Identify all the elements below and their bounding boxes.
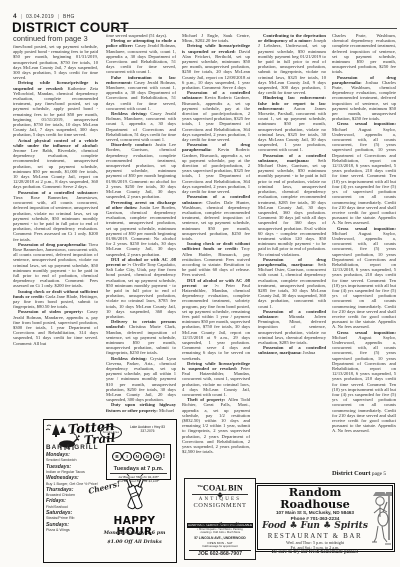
buy-sell-trade: BuySellTrade: [185, 511, 255, 522]
continuation-page: page 5: [372, 471, 386, 477]
folio: 4 | 03.04.2019 | BHG: [13, 13, 75, 20]
court-entry: Driving while license/privilege is suspe…: [182, 43, 250, 90]
court-entry: Possession of a controlled substance: Mi…: [258, 309, 326, 345]
court-entry: DUI of alcohol or with AC .08 percent or…: [106, 257, 176, 319]
court-entry: Possession of a controlled substance, ma…: [258, 153, 326, 257]
headline-rule: [118, 28, 397, 29]
court-entry: Gross sexual imposition: Michael August …: [332, 226, 396, 330]
court-entry: Reckless driving: Crystal Lynn Cievena, …: [106, 356, 176, 403]
court-entry: Possession of a controlled substance: Ti…: [13, 190, 98, 242]
consignment-label: CONSIGNMENT: [185, 502, 255, 509]
smoke-free-badge: Smoke Free: [100, 426, 122, 439]
bar-and-grill-label: BAR & GRILL: [46, 444, 99, 451]
court-entry: Gross sexual imposition: Michael August …: [332, 121, 396, 225]
court-entry: Issuing check or draft without sufficien…: [13, 289, 98, 310]
court-entry: Possession of a controlled substance: Ke…: [182, 90, 250, 142]
special-desc: Smoked Sandwich: [46, 458, 103, 462]
court-entry: Preventing arrest on discharge of other …: [106, 200, 176, 257]
court-entry: Possession of drug paraphernalia: Tiera …: [13, 242, 98, 289]
coal-bin-note: Call/message for appointment: [185, 545, 255, 549]
daily-special: Fridays:Fish/Seafood: [46, 499, 103, 508]
court-entry: Gross sexual imposition: Michael August …: [332, 330, 396, 434]
court-entry: fines/bond posted, set up payment schedu…: [13, 44, 98, 80]
bingo-letter: O: [153, 452, 162, 461]
roadhouse-mascot-art: [369, 488, 393, 546]
totten-contact: Lake Audubon • Hwy 83 337-2076: [120, 425, 175, 433]
special-desc: Indian or Regular Tacos: [46, 470, 103, 474]
court-entry: Driving while license/privilege is suspe…: [13, 80, 98, 137]
roadhouse-pizza-line: Be sure to try our fresh homemade pizzas…: [258, 550, 372, 556]
court-entry: Possession of drug paraphernalia: Joshua…: [332, 75, 396, 122]
court-entry: Possession of drug paraphernalia: Kevin …: [182, 142, 250, 194]
bingo-letter: I: [122, 452, 131, 461]
crossed-bottles-art: [118, 473, 152, 515]
continuation-title: District Court: [332, 470, 371, 477]
bingo-exclamation: !: [163, 453, 165, 460]
ad-totten-trail: Totten Trail Smoke Free Lake Audubon • H…: [43, 419, 177, 563]
continued-note: continued from page 3: [13, 34, 88, 43]
court-entry: Driving while license/privilege is suspe…: [182, 361, 250, 397]
roadhouse-text: Random Roadhouse 107 Main St S, McClusky…: [258, 486, 372, 556]
coal-bin-title: TheCOAL BIN: [185, 482, 255, 493]
court-entry: Duty upon striking highway fixtures or o…: [106, 402, 176, 412]
court-entry: Reckless driving: Casey Jerald Bolman, M…: [106, 111, 176, 142]
court-entry: Possession of a controlled substance, ma…: [258, 345, 326, 355]
coal-bin-name: COAL BIN: [203, 484, 243, 493]
court-entry: Possession of a controlled substance: Ch…: [182, 194, 250, 241]
bingo-letter: G: [143, 452, 152, 461]
bingo-letter: N: [133, 452, 142, 461]
newspaper-page: 4 | 03.04.2019 | BHG DISTRICT COURT cont…: [0, 0, 400, 567]
bingo-word: BINGO!: [107, 447, 170, 465]
court-entry: Theft of property: Allen Todd Richter, G…: [182, 397, 250, 454]
court-column-4: Contributing to the deprivation or delin…: [258, 33, 326, 480]
totten-phone: 337-2076: [120, 429, 175, 433]
court-entry: Fleeing or attempting to elude a police …: [106, 38, 176, 74]
roadhouse-tagline: Food ♣ Fun ♣ Spirits: [258, 521, 372, 532]
page-number: 4: [13, 13, 17, 20]
special-desc: Fish/Seafood: [46, 505, 103, 509]
coal-bin-address: 57 LINCOLN AVE., UNDERWOOD: [185, 536, 255, 540]
roadhouse-name: Random Roadhouse: [258, 486, 372, 510]
court-entry: Actual physical control of a vehicle whi…: [13, 138, 98, 190]
court-column-5: Charles Prate, Washburn, chemical depend…: [332, 33, 396, 467]
court-entry: Michael J Engle, Sauk Centre, Minn., $20…: [182, 33, 250, 43]
ornament-rule: [192, 494, 248, 495]
court-entry: Possession of drug paraphernalia, mariju…: [258, 257, 326, 309]
court-entry: Issuing check or draft without sufficien…: [182, 241, 250, 277]
daily-special: Tuesdays:Indian or Regular Tacos: [46, 465, 103, 474]
restaurant-bar-label: RESTAURANT & BAR: [258, 532, 372, 540]
court-column-2: time served suspended (51 days).Fleeing …: [106, 33, 176, 416]
court-entry: Hindering law enforcement: false info or…: [258, 95, 326, 152]
roadhouse-hours-2: Fri. and Sat.: 5 p.m. to 2 a.m.: [258, 545, 372, 550]
court-entry: Charles Prate, Washburn, chemical depend…: [332, 33, 396, 75]
court-entry: DUI of alcohol or with AC .08 percent or…: [182, 278, 250, 361]
daily-special: Mondays:Smoked Sandwich: [46, 453, 103, 462]
court-entry: Delivery to certain persons unlawful: Ch…: [106, 319, 176, 355]
court-column-3: Michael J Engle, Sauk Centre, Minn., $20…: [182, 33, 250, 474]
court-entry: Disorderly conduct: Justin Lee Borden, G…: [106, 142, 176, 199]
court-entry: False information to law enforcement: Ca…: [106, 75, 176, 111]
bingo-letter: B: [112, 452, 121, 461]
ad-random-roadhouse: Random Roadhouse 107 Main St S, McClusky…: [255, 483, 395, 552]
happy-hour-time: Monday-Friday 5-6 pm: [94, 530, 175, 536]
court-entry: Possession of stolen property: Casey Jer…: [13, 309, 98, 345]
continuation-marker: District Court page 5: [332, 470, 396, 477]
court-column-1: fines/bond posted, set up payment schedu…: [13, 44, 98, 416]
court-entry: Contributing to the deprivation or delin…: [258, 33, 326, 95]
ad-coal-bin: TheCOAL BIN ANTIQUES CONSIGNMENT BuySell…: [184, 478, 256, 560]
coal-bin-phone: JOE 602-868-7907: [189, 550, 251, 558]
services-line-2: • Hauling • Odd Jobs • Much More: [185, 531, 255, 534]
happy-hour-deal: $1.00 Off All Drinks: [94, 539, 175, 545]
